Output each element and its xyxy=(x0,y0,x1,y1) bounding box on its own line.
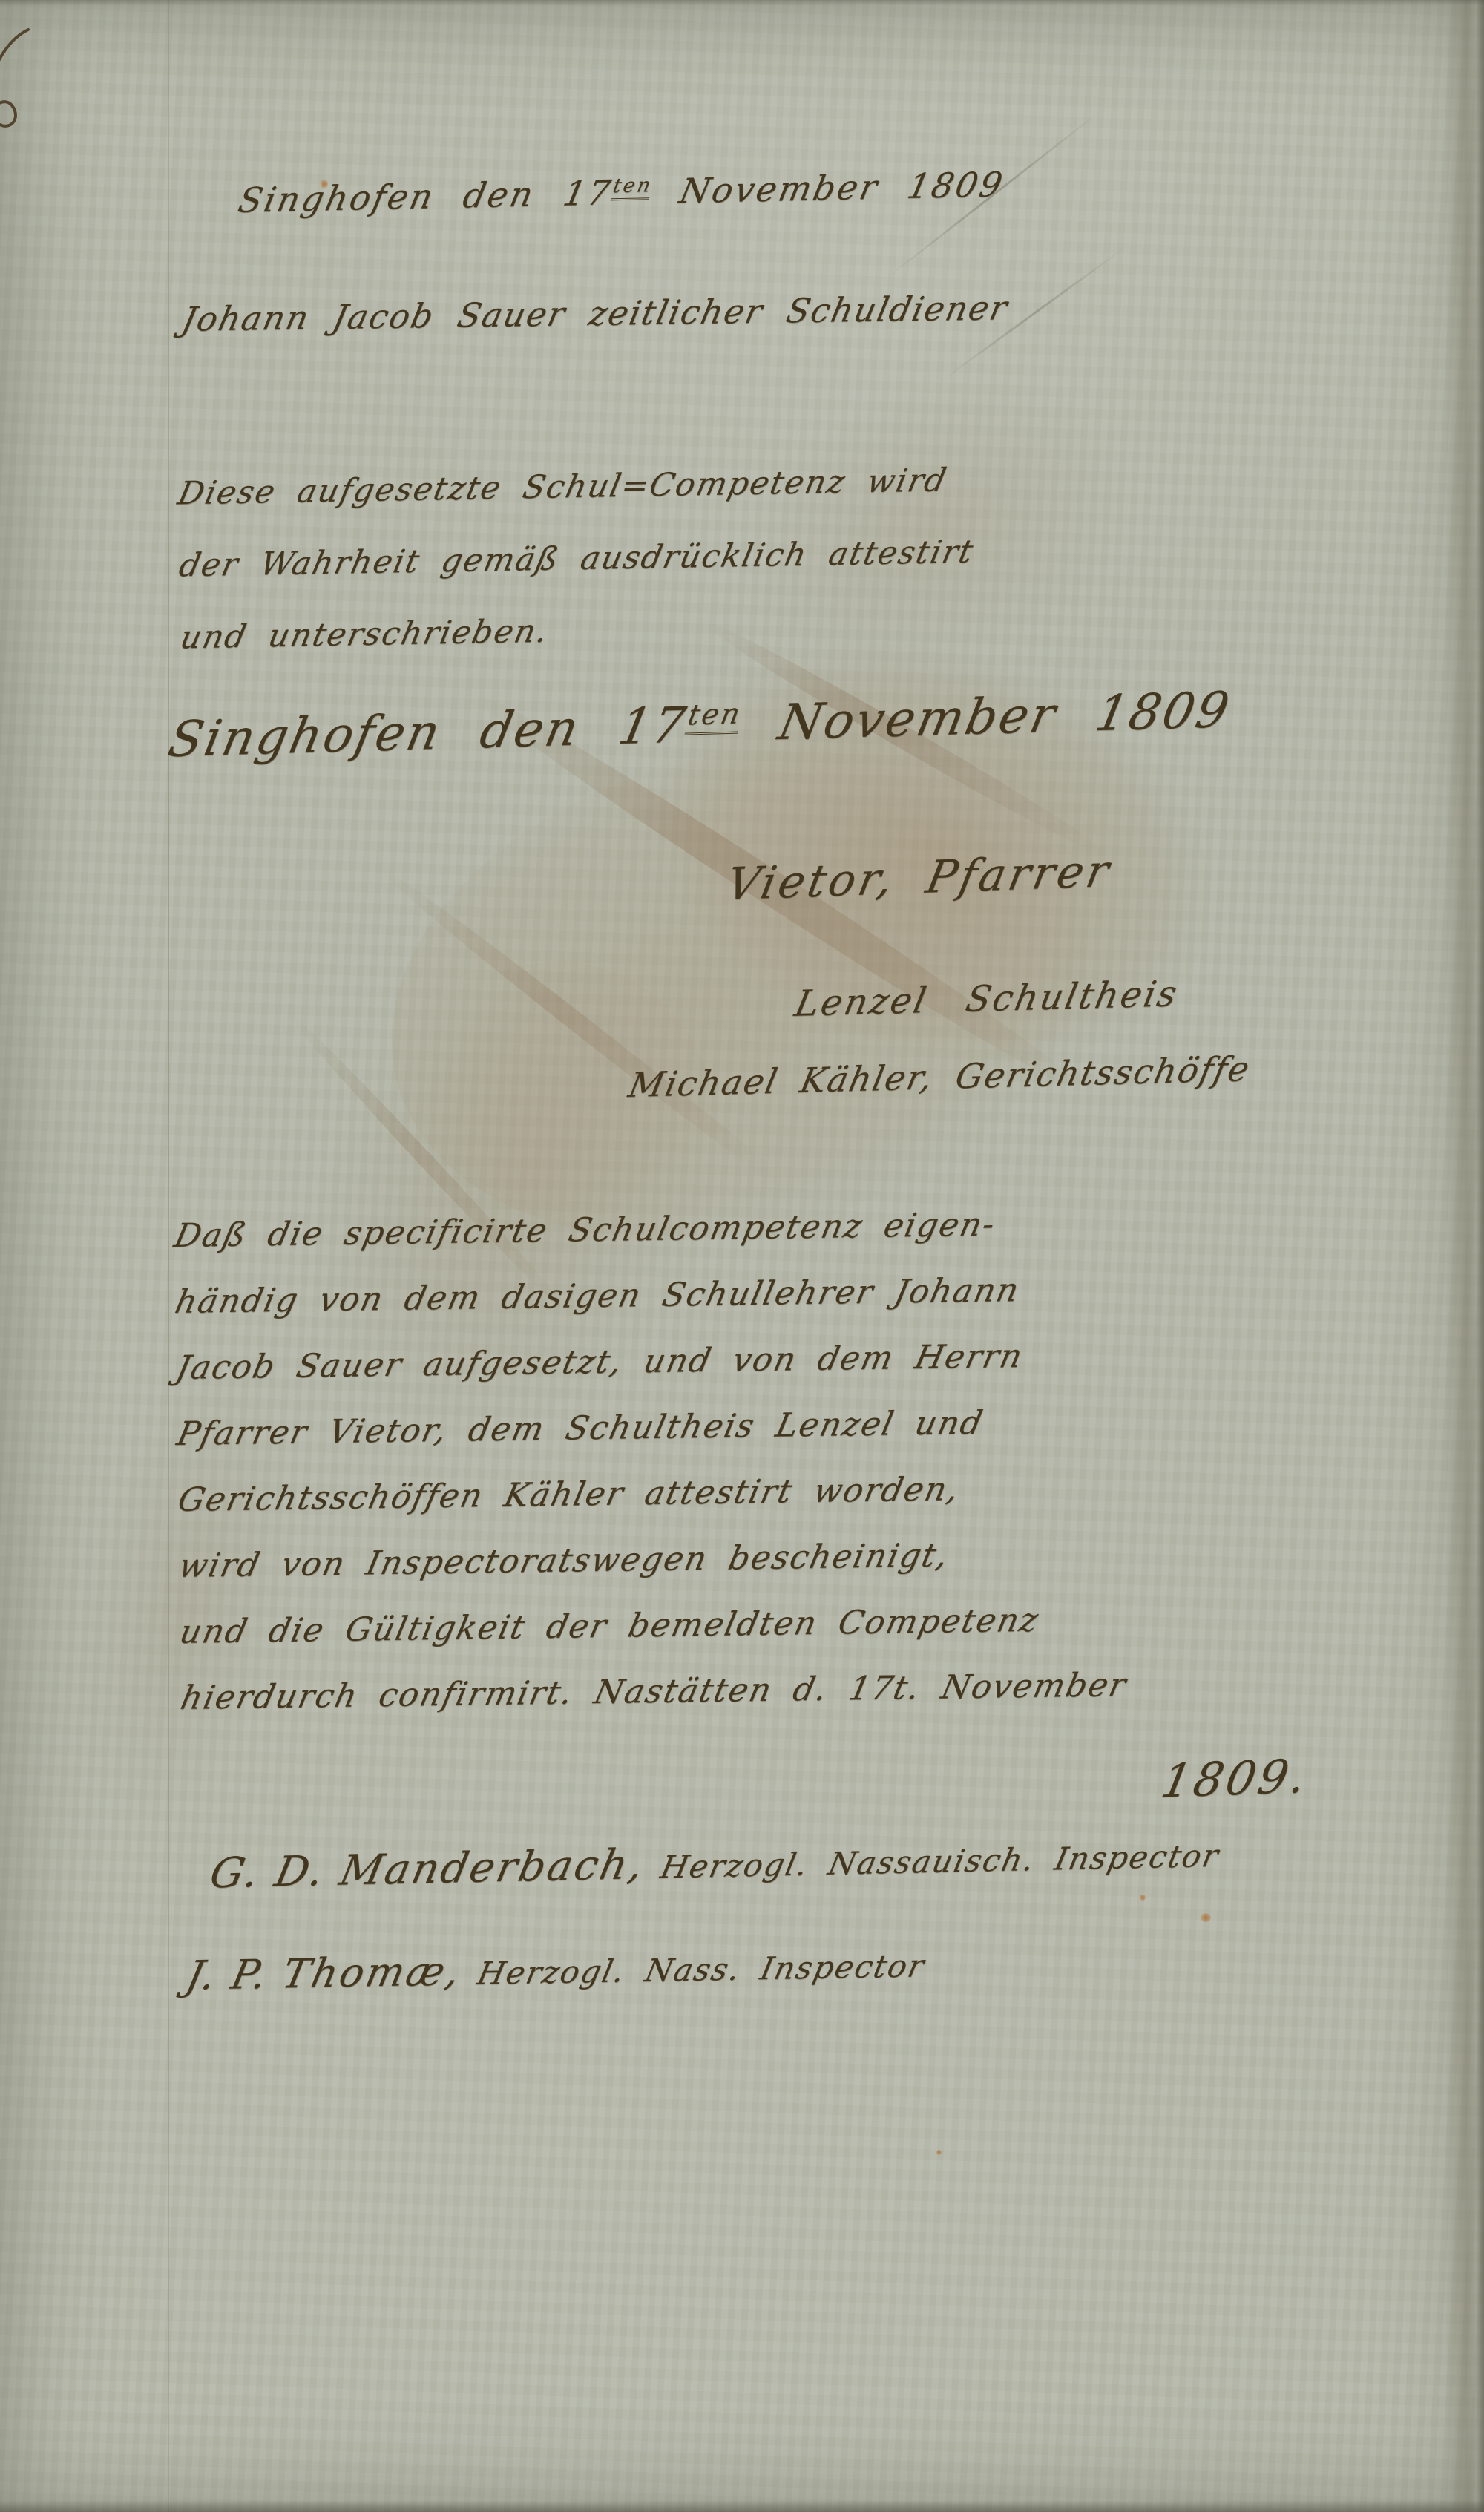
dateline-top: Singhofen den 17ten November 1809 xyxy=(239,164,1005,220)
rust-speck xyxy=(1201,1913,1211,1922)
margin-rule xyxy=(168,0,169,2512)
rust-speck xyxy=(936,2150,942,2155)
signature-vietor: Vietor, Pfarrer xyxy=(726,845,1112,911)
confirmation-line: hierdurch confirmirt. Nastätten d. 17t. … xyxy=(181,1652,1127,1731)
confirmation-line: Pfarrer Vietor, dem Schultheis Lenzel un… xyxy=(177,1388,1123,1467)
inspector-title: Herzogl. Nass. Inspector xyxy=(474,1947,929,1992)
page-gutter-shadow xyxy=(1445,0,1484,2512)
inspector-name: J. P. Thomæ, xyxy=(182,1947,466,1999)
corner-flourish xyxy=(0,16,83,165)
ordinal-superscript: ten xyxy=(610,174,654,200)
signature-kaehler: Michael Kähler, Gerichtsschöffe xyxy=(628,1049,1250,1105)
attestation-line: Diese aufgesetzte Schul=Competenz wird xyxy=(178,445,974,531)
inspector-title: Herzogl. Nassauisch. Inspector xyxy=(657,1837,1223,1886)
writer-line: Johann Jacob Sauer zeitlicher Schuldiene… xyxy=(183,288,1008,339)
attestation-line: der Wahrheit gemäß ausdrücklich attestir… xyxy=(179,516,974,603)
signature-lenzel: Lenzel Schultheis xyxy=(795,973,1178,1024)
confirmation-paragraph: Daß die specificirte Schulcompetenz eige… xyxy=(174,1190,1127,1731)
attestation-line: und unterschrieben. xyxy=(180,588,976,675)
page-edge-shadow xyxy=(0,2500,1484,2512)
page-edge-shadow xyxy=(0,0,1484,6)
ink-streak xyxy=(373,860,830,1222)
ordinal-superscript: ten xyxy=(684,697,745,735)
confirmation-year: 1809. xyxy=(1161,1749,1310,1808)
rust-speck xyxy=(1140,1895,1146,1901)
attestation-paragraph: Diese aufgesetzte Schul=Competenz wird d… xyxy=(178,445,976,675)
dateline-heading: Singhofen den 17ten November 1809 xyxy=(168,681,1231,768)
signature-thomae: J. P. Thomæ, Herzogl. Nass. Inspector xyxy=(187,1939,925,1998)
inspector-name: G. D. Manderbach, xyxy=(206,1840,649,1898)
manuscript-page: Singhofen den 17ten November 1809 Johann… xyxy=(0,0,1484,2512)
signature-manderbach: G. D. Manderbach, Herzogl. Nassauisch. I… xyxy=(210,1829,1219,1898)
